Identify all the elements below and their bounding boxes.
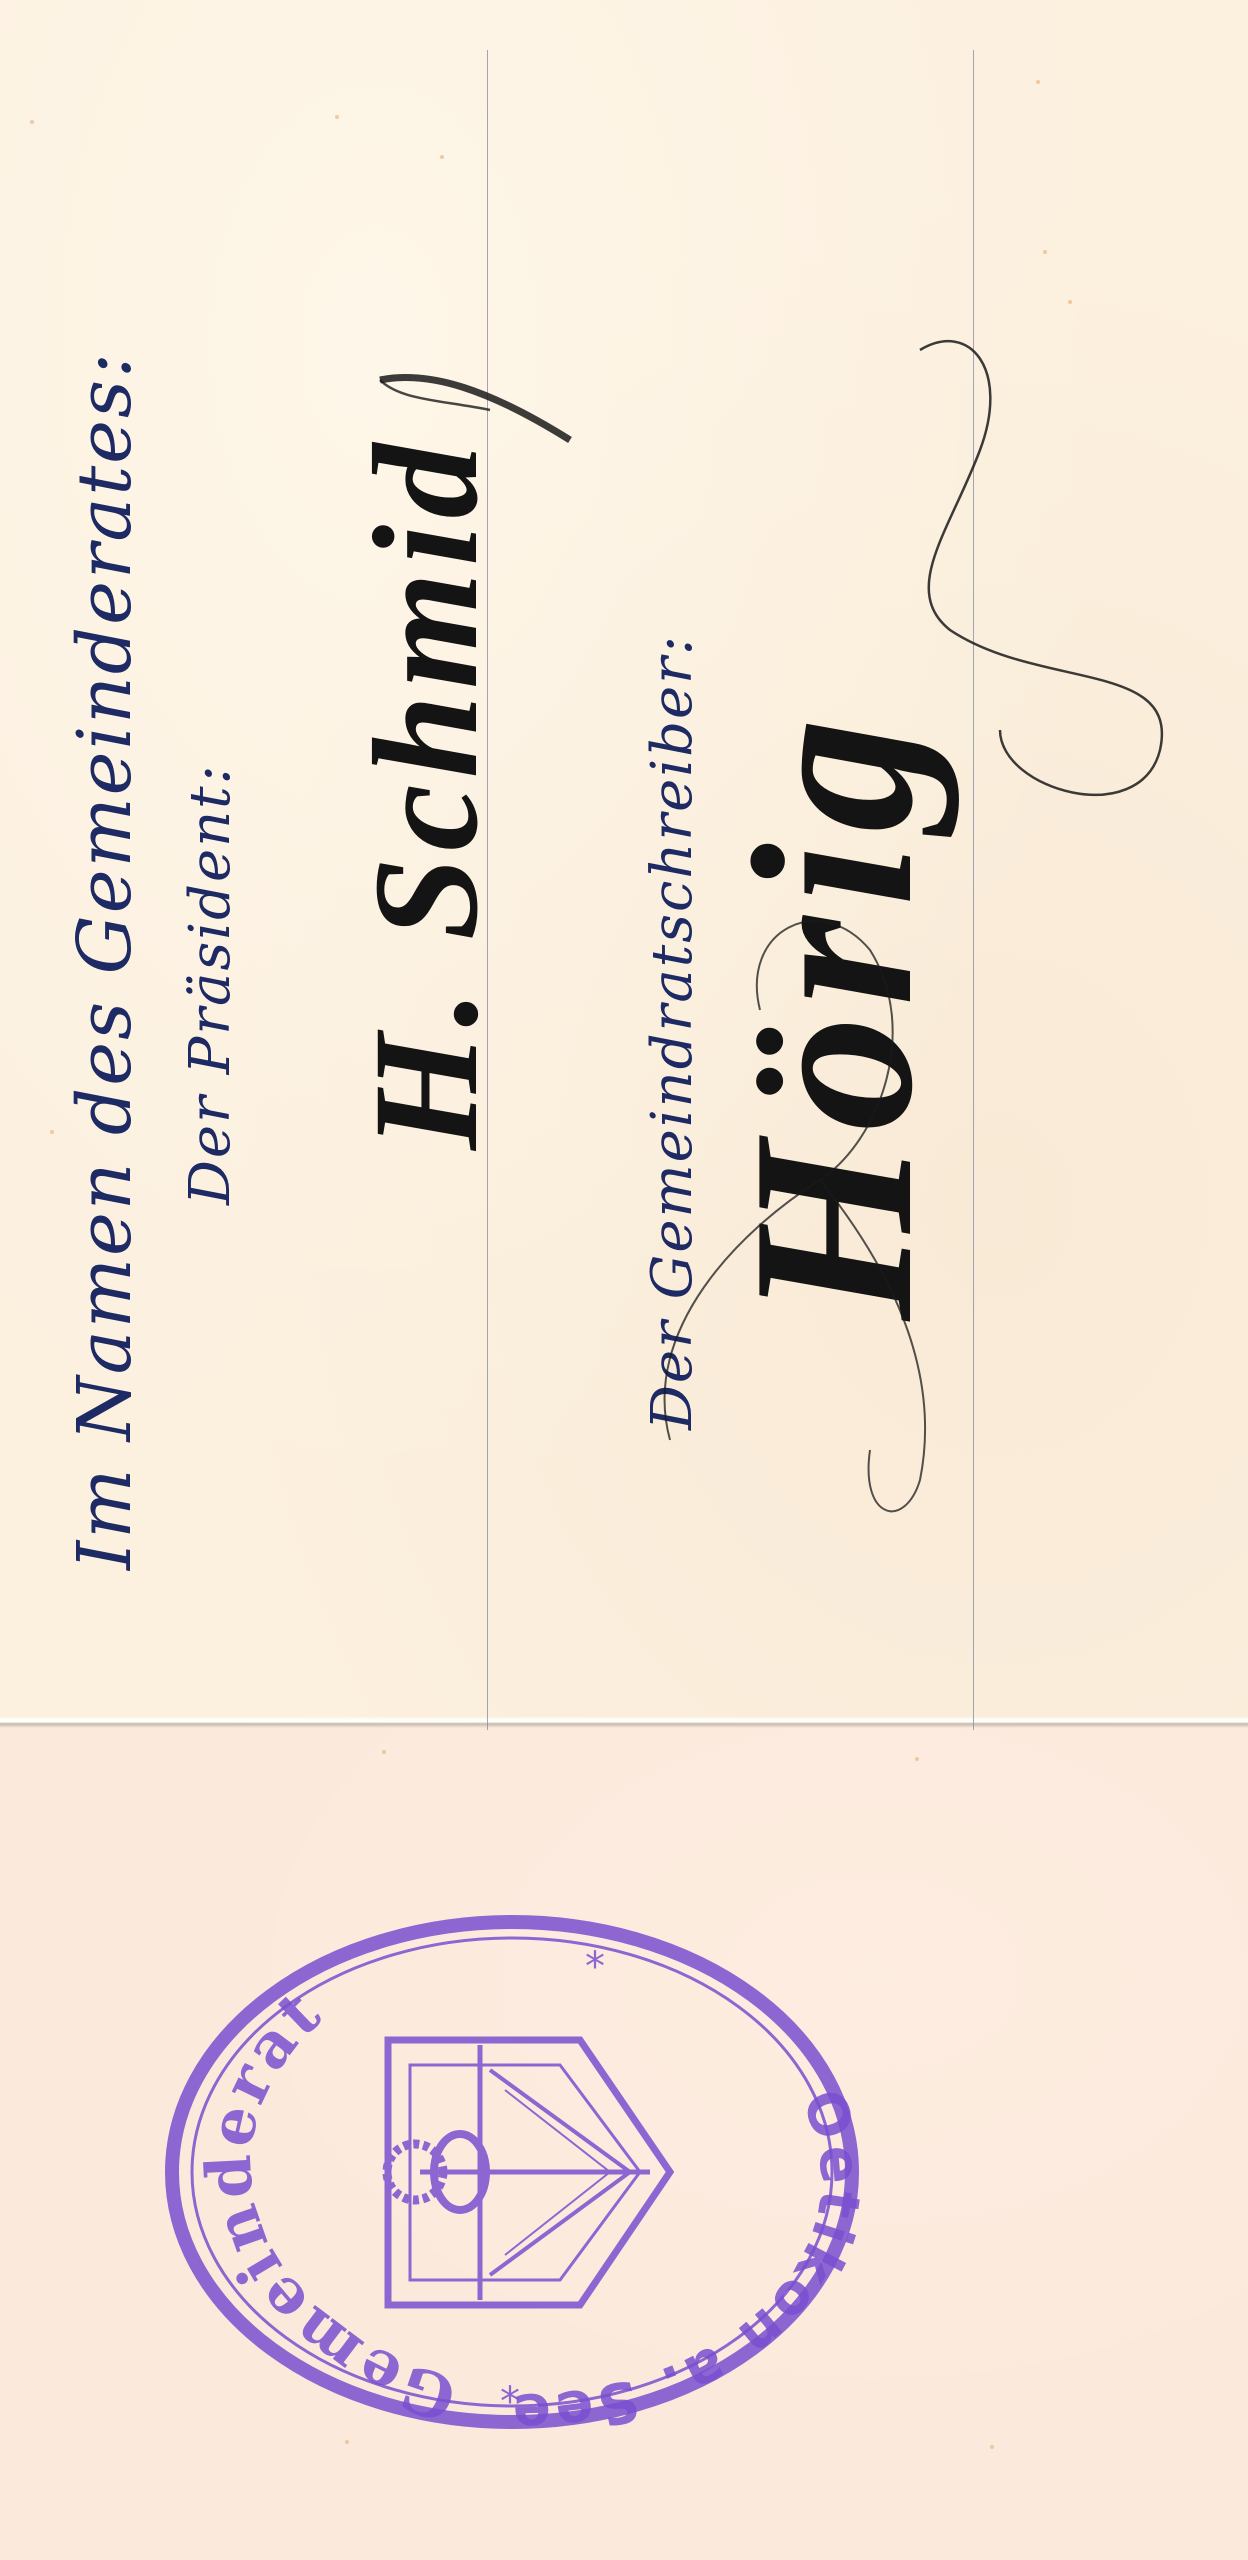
president-signature: H. Schmid xyxy=(340,438,512,1150)
paper-speck xyxy=(915,1757,919,1761)
stamp-separator-top: * xyxy=(585,1944,605,1990)
stamp-top-text: Gemeinderat xyxy=(192,1974,465,2435)
stamp-separator-bottom: * xyxy=(500,2379,520,2425)
paper-speck xyxy=(990,2445,994,2449)
clerk-signature-flourish xyxy=(620,330,1220,1530)
paper-speck xyxy=(1068,300,1072,304)
paper-speck xyxy=(1036,80,1040,84)
svg-text:Gemeinderat: Gemeinderat xyxy=(192,1974,465,2435)
paper-speck xyxy=(30,120,34,124)
stamp-graphic: Gemeinderat Oetikon a. See * * xyxy=(160,1910,870,2440)
paper-speck xyxy=(440,155,444,159)
paper-speck xyxy=(50,1130,54,1134)
paper-speck xyxy=(382,1750,386,1754)
council-stamp: Gemeinderat Oetikon a. See * * xyxy=(160,1910,870,2440)
president-label: Der Präsident: xyxy=(178,763,243,1205)
president-signature-flourish xyxy=(370,360,590,480)
paper-speck xyxy=(335,115,339,119)
paper-speck xyxy=(1043,250,1047,254)
paper-fold-line xyxy=(0,1716,1248,1728)
heading-on-behalf-of-council: Im Namen des Gemeinderates: xyxy=(62,351,148,1570)
paper-speck xyxy=(345,2440,349,2444)
coat-of-arms-icon xyxy=(387,2040,670,2305)
